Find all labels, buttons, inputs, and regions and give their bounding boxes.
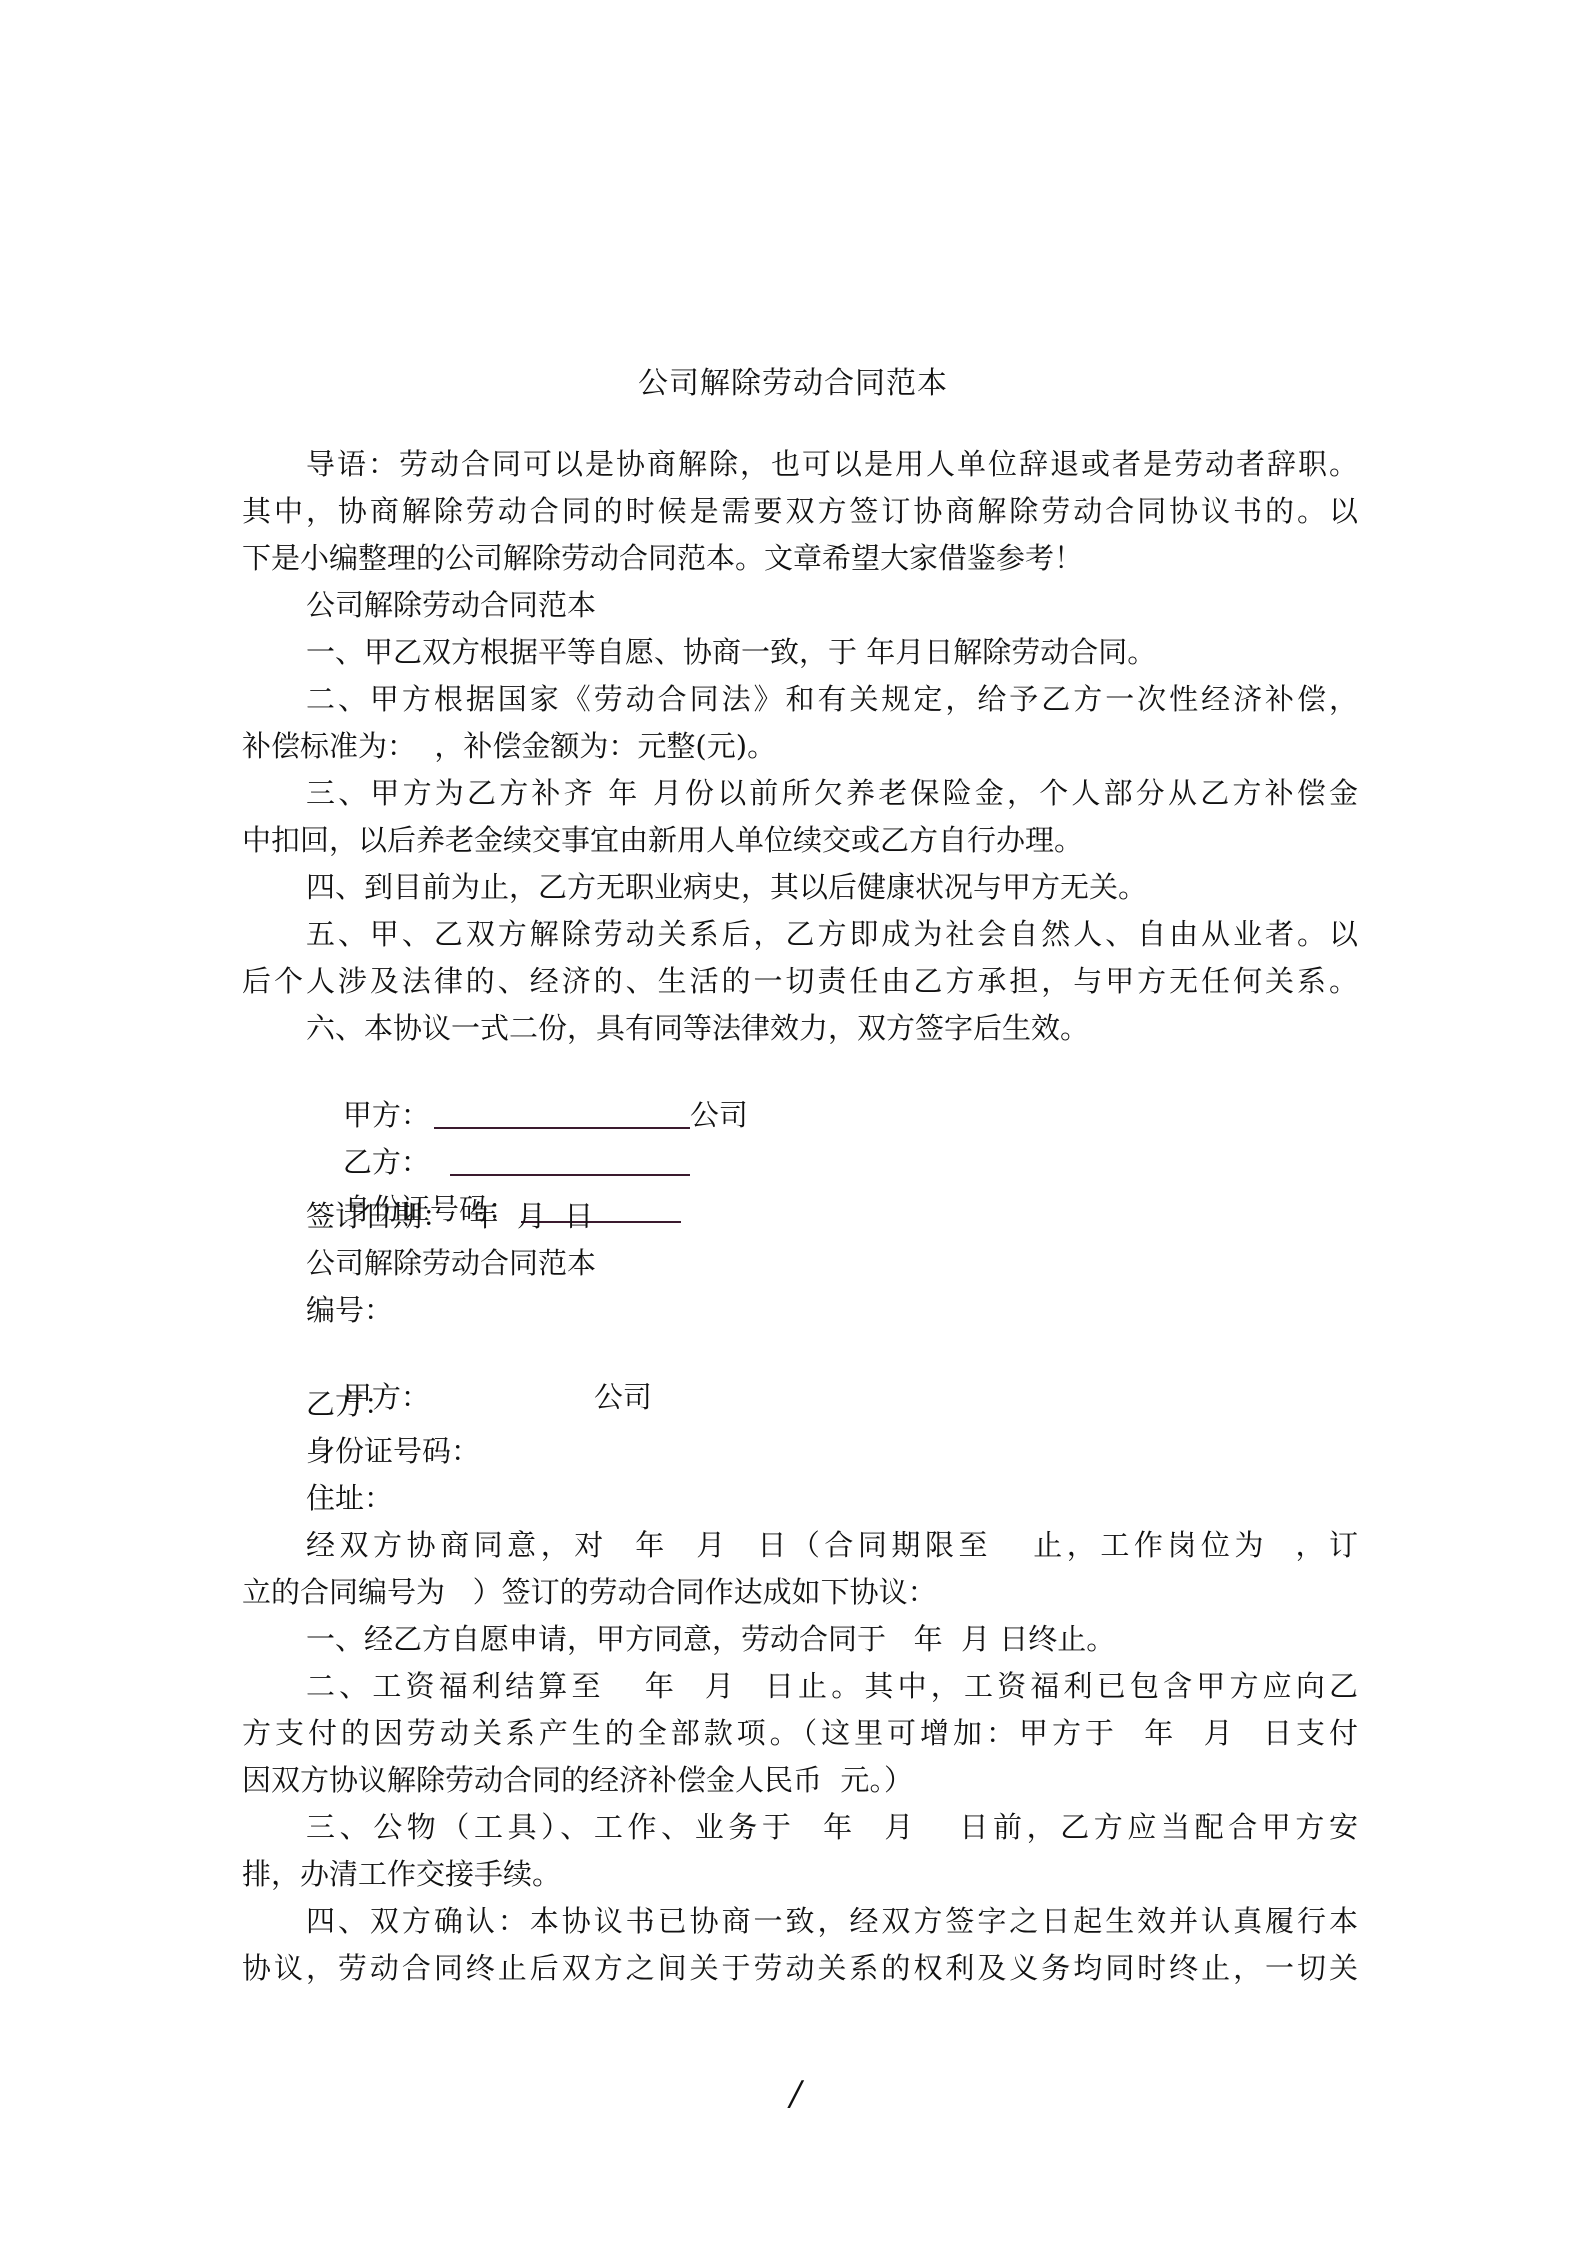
field-party-a: 甲方：公司 [306,1337,1358,1377]
intro-line-1: 导语：劳动合同可以是协商解除，也可以是用人单位辞退或者是劳动者辞职。 [306,444,1358,484]
signature-party-b: 乙方： [306,1102,1358,1142]
signature-date: 签订日期： 年 月 日 [306,1196,1358,1236]
t2-clause-3-line-1: 三、公物（工具）、工作、业务于 年 月 日前，乙方应当配合甲方安 [306,1807,1358,1847]
template2-heading: 公司解除劳动合同范本 [306,1243,1358,1283]
clause-5-line-1: 五、甲、乙双方解除劳动关系后，乙方即成为社会自然人、自由从业者。以 [306,914,1358,954]
clause-3-line-1: 三、甲方为乙方补齐 年 月份以前所欠养老保险金，个人部分从乙方补偿金 [306,773,1358,813]
t2-clause-3-line-2: 排，办清工作交接手续。 [242,1854,1358,1894]
document-title: 公司解除劳动合同范本 [0,366,1586,402]
t2-clause-2-line-3: 因双方协议解除劳动合同的经济补偿金人民币 元。） [242,1760,1358,1800]
clause-2-line-1: 二、甲方根据国家《劳动合同法》和有关规定，给予乙方一次性经济补偿， [306,679,1358,719]
signature-party-a: 甲方：公司 [306,1055,1358,1095]
clause-6-line-1: 六、本协议一式二份，具有同等法律效力，双方签字后生效。 [306,1008,1358,1048]
clause-3-line-2: 中扣回，以后养老金续交事宜由新用人单位续交或乙方自行办理。 [242,820,1358,860]
field-party-b: 乙方： [306,1384,1358,1424]
field-id: 身份证号码： [306,1431,1358,1471]
preamble-line-1: 经双方协商同意，对 年 月 日（合同期限至 止，工作岗位为 ，订 [306,1525,1358,1565]
t2-clause-4-line-1: 四、双方确认：本协议书已协商一致，经双方签字之日起生效并认真履行本 [306,1901,1358,1941]
document-page: 公司解除劳动合同范本 导语：劳动合同可以是协商解除，也可以是用人单位辞退或者是劳… [0,0,1586,2244]
intro-line-2: 其中，协商解除劳动合同的时候是需要双方签订协商解除劳动合同协议书的。以 [242,491,1358,531]
page-number: / [790,2074,801,2114]
clause-1-line-1: 一、甲乙双方根据平等自愿、协商一致，于 年月日解除劳动合同。 [306,632,1358,672]
field-address: 住址： [306,1478,1358,1518]
t2-clause-4-line-2: 协议，劳动合同终止后双方之间关于劳动关系的权利及义务均同时终止，一切关 [242,1948,1358,1988]
clause-4-line-1: 四、到目前为止，乙方无职业病史，其以后健康状况与甲方无关。 [306,867,1358,907]
clause-5-line-2: 后个人涉及法律的、经济的、生活的一切责任由乙方承担，与甲方无任何关系。 [242,961,1358,1001]
preamble-line-2: 立的合同编号为 ）签订的劳动合同作达成如下协议： [242,1572,1358,1612]
t2-clause-2-line-1: 二、工资福利结算至 年 月 日止。其中，工资福利已包含甲方应向乙 [306,1666,1358,1706]
intro-line-3: 下是小编整理的公司解除劳动合同范本。文章希望大家借鉴参考！ [242,538,1358,578]
t2-clause-1-line-1: 一、经乙方自愿申请，甲方同意，劳动合同于 年 月 日终止。 [306,1619,1358,1659]
field-number: 编号： [306,1290,1358,1330]
clause-2-line-2: 补偿标准为： ，补偿金额为：元整(元)。 [242,726,1358,766]
signature-id: 身份证号码： [306,1149,1358,1189]
t2-clause-2-line-2: 方支付的因劳动关系产生的全部款项。（这里可增加：甲方于 年 月 日支付 [242,1713,1358,1753]
template1-heading: 公司解除劳动合同范本 [306,585,1358,625]
